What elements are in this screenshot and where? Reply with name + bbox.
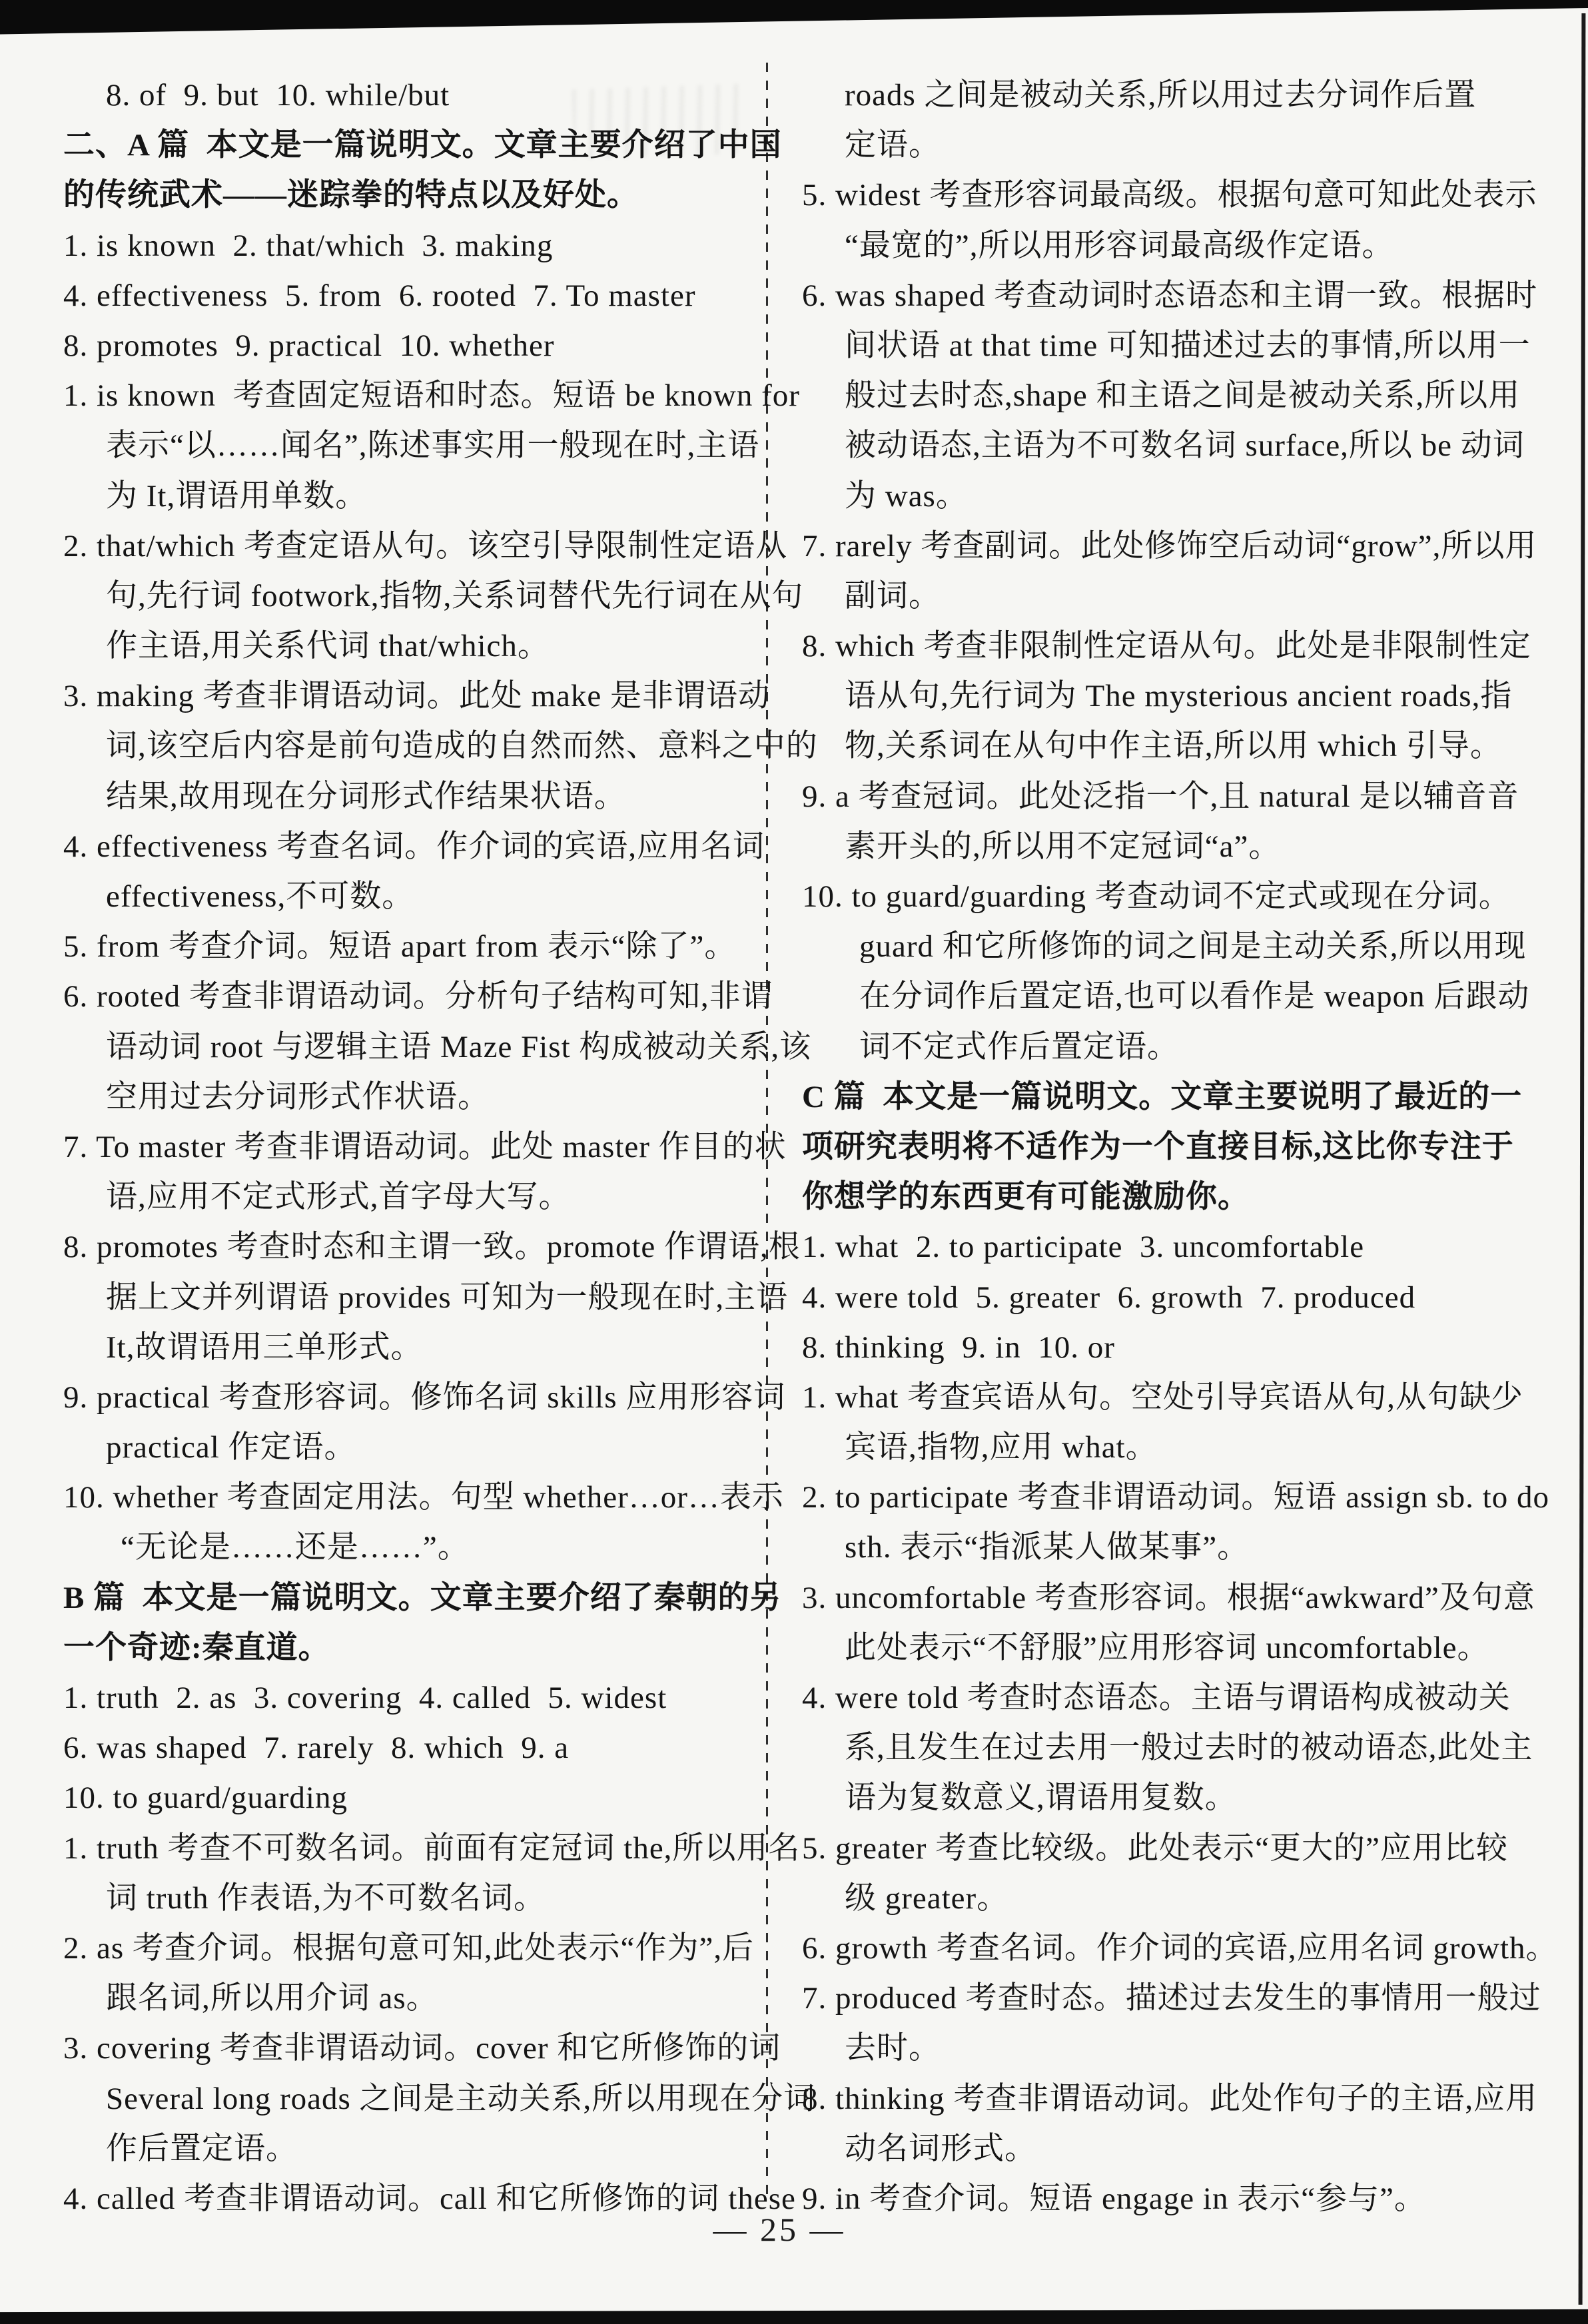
text-line: 3. covering 考查非谓语动词。cover 和它所修饰的词 bbox=[63, 2024, 756, 2074]
text-line: 1. what 考查宾语从句。空处引导宾语从句,从句缺少 bbox=[802, 1373, 1575, 1423]
text-line: 素开头的,所以用不定冠词“a”。 bbox=[802, 822, 1575, 872]
text-line: 10. to guard/guarding 考查动词不定式或现在分词。 bbox=[802, 872, 1575, 922]
text-line: 3. uncomfortable 考查形容词。根据“awkward”及句意 bbox=[802, 1573, 1575, 1623]
text-line: 的传统武术——迷踪拳的特点以及好处。 bbox=[63, 171, 756, 220]
text-line: 为 It,谓语用单数。 bbox=[63, 472, 756, 522]
text-line: 10. to guard/guarding bbox=[63, 1773, 756, 1823]
text-line: 物,关系词在从句中作主语,所以用 which 引导。 bbox=[802, 721, 1575, 771]
text-line: 4. called 考查非谓语动词。call 和它所修饰的词 these bbox=[63, 2174, 756, 2224]
text-line: 语,应用不定式形式,首字母大写。 bbox=[63, 1172, 756, 1222]
text-line: 1. is known 考查固定短语和时态。短语 be known for bbox=[63, 371, 756, 421]
text-line: 2. that/which 考查定语从句。该空引导限制性定语从 bbox=[63, 522, 756, 572]
text-line: 1. truth 2. as 3. covering 4. called 5. … bbox=[63, 1673, 756, 1723]
text-line: 二、A 篇 本文是一篇说明文。文章主要介绍了中国 bbox=[63, 121, 756, 171]
text-line: 9. in 考查介词。短语 engage in 表示“参与”。 bbox=[802, 2174, 1575, 2224]
text-line: B 篇 本文是一篇说明文。文章主要介绍了秦朝的另 bbox=[63, 1573, 756, 1623]
text-line: 系,且发生在过去用一般过去时的被动语态,此处主 bbox=[802, 1723, 1575, 1773]
text-line: 据上文并列谓语 provides 可知为一般现在时,主语 bbox=[63, 1273, 756, 1323]
text-line: 2. to participate 考查非谓语动词。短语 assign sb. … bbox=[802, 1473, 1575, 1523]
text-line: 7. rarely 考查副词。此处修饰空后动词“grow”,所以用 bbox=[802, 522, 1575, 572]
text-line: 8. thinking 9. in 10. or bbox=[802, 1323, 1575, 1373]
text-line: 4. effectiveness 考查名词。作介词的宾语,应用名词 bbox=[63, 822, 756, 872]
text-line: 6. was shaped 7. rarely 8. which 9. a bbox=[63, 1723, 756, 1773]
text-line: 2. as 考查介词。根据句意可知,此处表示“作为”,后 bbox=[63, 1924, 756, 1974]
text-line: 8. promotes 考查时态和主谓一致。promote 作谓语,根 bbox=[63, 1222, 756, 1272]
text-line: “最宽的”,所以用形容词最高级作定语。 bbox=[802, 221, 1575, 271]
scanned-answer-page: 8. of 9. but 10. while/but二、A 篇 本文是一篇说明文… bbox=[0, 0, 1588, 2324]
text-line: 3. making 考查非谓语动词。此处 make 是非谓语动 bbox=[63, 671, 756, 721]
text-line: 8. promotes 9. practical 10. whether bbox=[63, 321, 756, 371]
text-line: 句,先行词 footwork,指物,关系词替代先行词在从句 bbox=[63, 572, 756, 621]
text-line: 跟名词,所以用介词 as。 bbox=[63, 1974, 756, 2024]
text-line: 结果,故用现在分词形式作结果状语。 bbox=[63, 772, 756, 822]
text-line: 8. thinking 考查非谓语动词。此处作句子的主语,应用 bbox=[802, 2074, 1575, 2124]
text-line: 语从句,先行词为 The mysterious ancient roads,指 bbox=[802, 671, 1575, 721]
text-line: effectiveness,不可数。 bbox=[63, 872, 756, 922]
text-line: 9. a 考查冠词。此处泛指一个,且 natural 是以辅音音 bbox=[802, 772, 1575, 822]
scan-edge-bottom bbox=[0, 2309, 1588, 2324]
text-line: 5. greater 考查比较级。此处表示“更大的”应用比较 bbox=[802, 1824, 1575, 1874]
text-line: 般过去时态,shape 和主语之间是被动关系,所以用 bbox=[802, 371, 1575, 421]
text-line: 作主语,用关系代词 that/which。 bbox=[63, 621, 756, 671]
text-line: 在分词作后置定语,也可以看作是 weapon 后跟动 bbox=[802, 972, 1575, 1022]
text-line: Several long roads 之间是主动关系,所以用现在分词 bbox=[63, 2074, 756, 2124]
scan-edge-top bbox=[0, 0, 1588, 35]
text-line: roads 之间是被动关系,所以用过去分词作后置 bbox=[802, 71, 1575, 121]
text-line: 为 was。 bbox=[802, 472, 1575, 522]
left-text-column: 8. of 9. but 10. while/but二、A 篇 本文是一篇说明文… bbox=[63, 71, 756, 2224]
text-line: 去时。 bbox=[802, 2024, 1575, 2074]
text-line: 6. rooted 考查非谓语动词。分析句子结构可知,非谓 bbox=[63, 972, 756, 1022]
text-line: 作后置定语。 bbox=[63, 2124, 756, 2174]
text-line: 7. produced 考查时态。描述过去发生的事情用一般过 bbox=[802, 1974, 1575, 2024]
text-line: 空用过去分词形式作状语。 bbox=[63, 1072, 756, 1122]
text-line: 词不定式作后置定语。 bbox=[802, 1022, 1575, 1072]
text-line: “无论是……还是……”。 bbox=[63, 1523, 756, 1573]
text-line: 1. what 2. to participate 3. uncomfortab… bbox=[802, 1222, 1575, 1272]
text-line: practical 作定语。 bbox=[63, 1423, 756, 1473]
text-line: guard 和它所修饰的词之间是主动关系,所以用现 bbox=[802, 922, 1575, 972]
text-line: 9. practical 考查形容词。修饰名词 skills 应用形容词 bbox=[63, 1373, 756, 1423]
scan-edge-right bbox=[1579, 13, 1586, 2305]
text-line: 8. which 考查非限制性定语从句。此处是非限制性定 bbox=[802, 621, 1575, 671]
page-number: — 25 — bbox=[666, 2210, 893, 2249]
text-line: 项研究表明将不适作为一个直接目标,这比你专注于 bbox=[802, 1122, 1575, 1172]
right-text-column: roads 之间是被动关系,所以用过去分词作后置定语。5. widest 考查形… bbox=[802, 71, 1575, 2224]
text-line: 表示“以……闻名”,陈述事实用一般现在时,主语 bbox=[63, 421, 756, 471]
text-line: 语为复数意义,谓语用复数。 bbox=[802, 1773, 1575, 1823]
text-line: 4. were told 考查时态语态。主语与谓语构成被动关 bbox=[802, 1673, 1575, 1723]
text-line: 4. were told 5. greater 6. growth 7. pro… bbox=[802, 1273, 1575, 1323]
text-line: 级 greater。 bbox=[802, 1874, 1575, 1924]
text-line: 间状语 at that time 可知描述过去的事情,所以用一 bbox=[802, 321, 1575, 371]
text-line: 10. whether 考查固定用法。句型 whether…or…表示 bbox=[63, 1473, 756, 1523]
text-line: 被动语态,主语为不可数名词 surface,所以 be 动词 bbox=[802, 421, 1575, 471]
text-line: 宾语,指物,应用 what。 bbox=[802, 1423, 1575, 1473]
text-line: 5. widest 考查形容词最高级。根据句意可知此处表示 bbox=[802, 171, 1575, 220]
text-line: C 篇 本文是一篇说明文。文章主要说明了最近的一 bbox=[802, 1072, 1575, 1122]
text-line: 一个奇迹:秦直道。 bbox=[63, 1623, 756, 1673]
text-line: 1. truth 考查不可数名词。前面有定冠词 the,所以用名 bbox=[63, 1824, 756, 1874]
text-line: 此处表示“不舒服”应用形容词 uncomfortable。 bbox=[802, 1623, 1575, 1673]
text-line: 6. was shaped 考查动词时态语态和主谓一致。根据时 bbox=[802, 271, 1575, 321]
text-line: It,故谓语用三单形式。 bbox=[63, 1323, 756, 1373]
text-line: 副词。 bbox=[802, 572, 1575, 621]
text-line: 7. To master 考查非谓语动词。此处 master 作目的状 bbox=[63, 1122, 756, 1172]
text-line: 6. growth 考查名词。作介词的宾语,应用名词 growth。 bbox=[802, 1924, 1575, 1974]
text-line: 定语。 bbox=[802, 121, 1575, 171]
text-line: 4. effectiveness 5. from 6. rooted 7. To… bbox=[63, 271, 756, 321]
text-line: sth. 表示“指派某人做某事”。 bbox=[802, 1523, 1575, 1573]
text-line: 8. of 9. but 10. while/but bbox=[63, 71, 756, 121]
text-line: 你想学的东西更有可能激励你。 bbox=[802, 1172, 1575, 1222]
text-line: 词 truth 作表语,为不可数名词。 bbox=[63, 1874, 756, 1924]
text-line: 动名词形式。 bbox=[802, 2124, 1575, 2174]
text-line: 1. is known 2. that/which 3. making bbox=[63, 221, 756, 271]
text-line: 5. from 考查介词。短语 apart from 表示“除了”。 bbox=[63, 922, 756, 972]
text-line: 语动词 root 与逻辑主语 Maze Fist 构成被动关系,该 bbox=[63, 1022, 756, 1072]
text-line: 词,该空后内容是前句造成的自然而然、意料之中的 bbox=[63, 721, 756, 771]
